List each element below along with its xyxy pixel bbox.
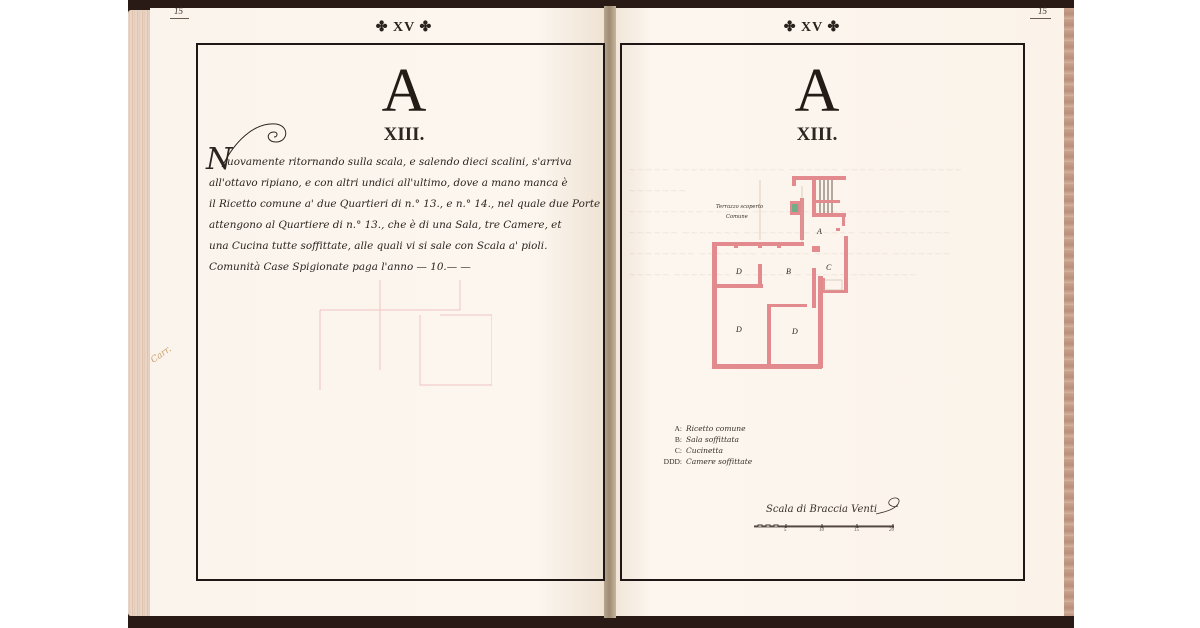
text-line: il Ricetto comune a' due Quartieri di n.… [209,194,601,215]
legend-key: DDD: [640,456,686,467]
section-letter-left: A [344,60,464,122]
room-label-d: D [735,267,742,276]
room-label-a: A [816,227,822,236]
manuscript-text: uovamente ritornando sulla scala, e sale… [209,152,601,278]
legend-key: C: [640,445,686,456]
legend-row: B: Sala soffittata [640,434,752,445]
section-letter-right: A [757,60,877,122]
text-line: Comunità Case Spigionate paga l'anno — 1… [209,257,601,278]
legend-label: Cucinetta [686,445,723,456]
scale-ruler [754,522,894,534]
legend-key: A: [640,423,686,434]
scale-tick: 5 [784,528,787,533]
legend-row: C: Cucinetta [640,445,752,456]
scale-tick: 15 [854,528,859,533]
scale-tick: 20 [889,528,894,533]
room-label-c: C [826,263,832,272]
folio-number-left: 15 [170,6,189,19]
text-line: attengono al Quartiere di n.° 13., che è… [209,215,601,236]
chapter-header-right: ✤ XV ✤ [752,19,872,36]
bleed-through-plan [310,280,492,390]
scale-tick: 10 [819,528,824,533]
legend-label: Sala soffittata [686,434,739,445]
text-line: all'ottavo ripiano, e con altri undici a… [209,173,601,194]
terrace-label: Terrazzo scoperto [716,204,763,210]
chapter-header-left: ✤ XV ✤ [344,19,464,36]
section-numeral-right: XIII. [757,124,877,146]
text-line: una Cucina tutte soffittate, alle quali … [209,236,601,257]
legend-row: A: Ricetto comune [640,423,752,434]
legend-key: B: [640,434,686,445]
text-line: uovamente ritornando sulla scala, e sale… [209,152,601,173]
gutter [604,6,616,618]
floor-plan: A B C D D D Terrazzo scoperto Comune [712,176,852,372]
scale-flourish [874,494,904,518]
legend-label: Camere soffittate [686,456,752,467]
room-label-d: D [735,325,742,334]
scale-title: Scala di Braccia Venti [766,504,877,515]
section-numeral-left: XIII. [344,124,464,146]
room-label-d: D [791,327,798,336]
folio-number-right: 15 [1030,6,1051,19]
right-page-edge [1064,8,1074,616]
terrace-label-common: Comune [726,214,748,220]
room-label-b: B [786,267,791,276]
legend-row: DDD: Camere soffittate [640,456,752,467]
plan-legend: A: Ricetto comune B: Sala soffittata C: … [640,423,752,467]
legend-label: Ricetto comune [686,423,746,434]
scale-bar: Scala di Braccia Venti 5 10 15 20 [754,500,904,540]
